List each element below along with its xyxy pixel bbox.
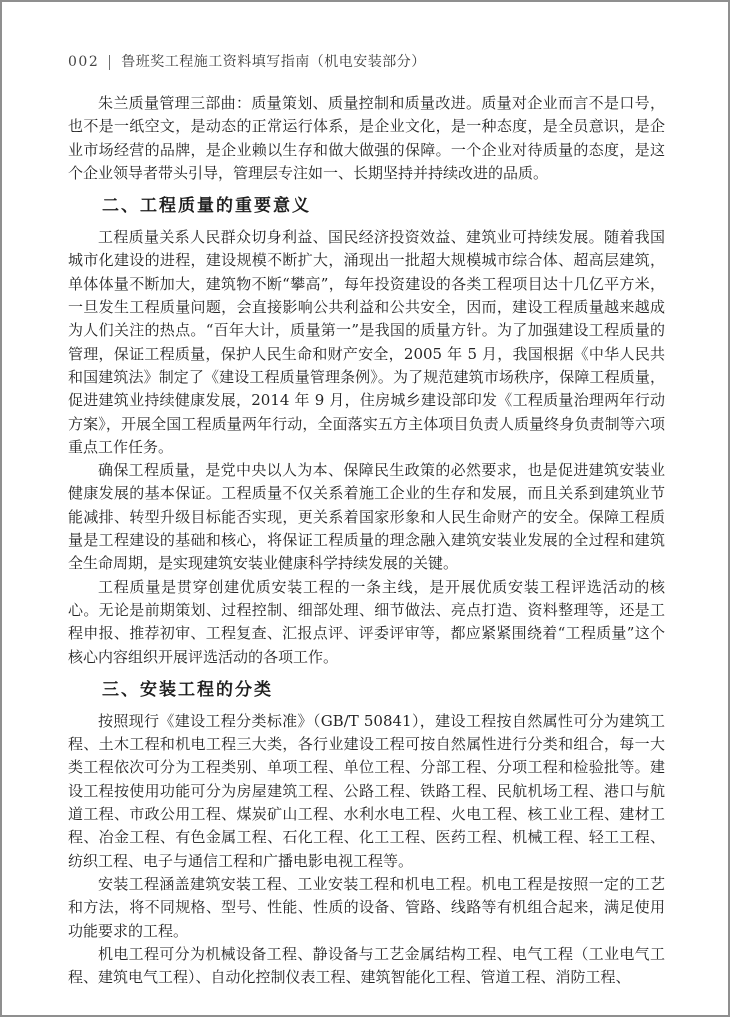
paragraph-quality-importance-1: 工程质量关系人民群众切身利益、国民经济投资效益、建筑业可持续发展。随着我国城市化… [68, 226, 665, 459]
running-header: 002 鲁班奖工程施工资料填写指南（机电安装部分） [68, 52, 664, 72]
paragraph-classification-1: 按照现行《建设工程分类标准》（GB/T 50841），建设工程按自然属性可分为建… [68, 710, 665, 873]
paragraph-classification-2: 安装工程涵盖建筑安装工程、工业安装工程和机电工程。机电工程是按照一定的工艺和方法… [68, 873, 665, 943]
section-heading-installation-classification: 三、安装工程的分类 [68, 678, 665, 703]
paragraph-quality-importance-3: 工程质量是贯穿创建优质安装工程的一条主线，是开展优质安装工程评选活动的核心。无论… [68, 576, 665, 669]
paragraph-juran-trilogy: 朱兰质量管理三部曲：质量策划、质量控制和质量改进。质量对企业而言不是口号，也不是… [68, 92, 665, 185]
header-divider [109, 55, 110, 70]
book-page: 002 鲁班奖工程施工资料填写指南（机电安装部分） 朱兰质量管理三部曲：质量策划… [0, 0, 730, 1017]
page-number: 002 [68, 52, 99, 72]
section-heading-quality-importance: 二、工程质量的重要意义 [68, 194, 665, 219]
paragraph-quality-importance-2: 确保工程质量，是党中央以人为本、保障民生政策的必然要求，也是促进建筑安装业健康发… [68, 459, 665, 575]
paragraph-classification-3: 机电工程可分为机械设备工程、静设备与工艺金属结构工程、电气工程（工业电气工程、建… [68, 943, 665, 990]
book-title: 鲁班奖工程施工资料填写指南（机电安装部分） [121, 52, 426, 72]
page-body: 朱兰质量管理三部曲：质量策划、质量控制和质量改进。质量对企业而言不是口号，也不是… [68, 92, 665, 989]
